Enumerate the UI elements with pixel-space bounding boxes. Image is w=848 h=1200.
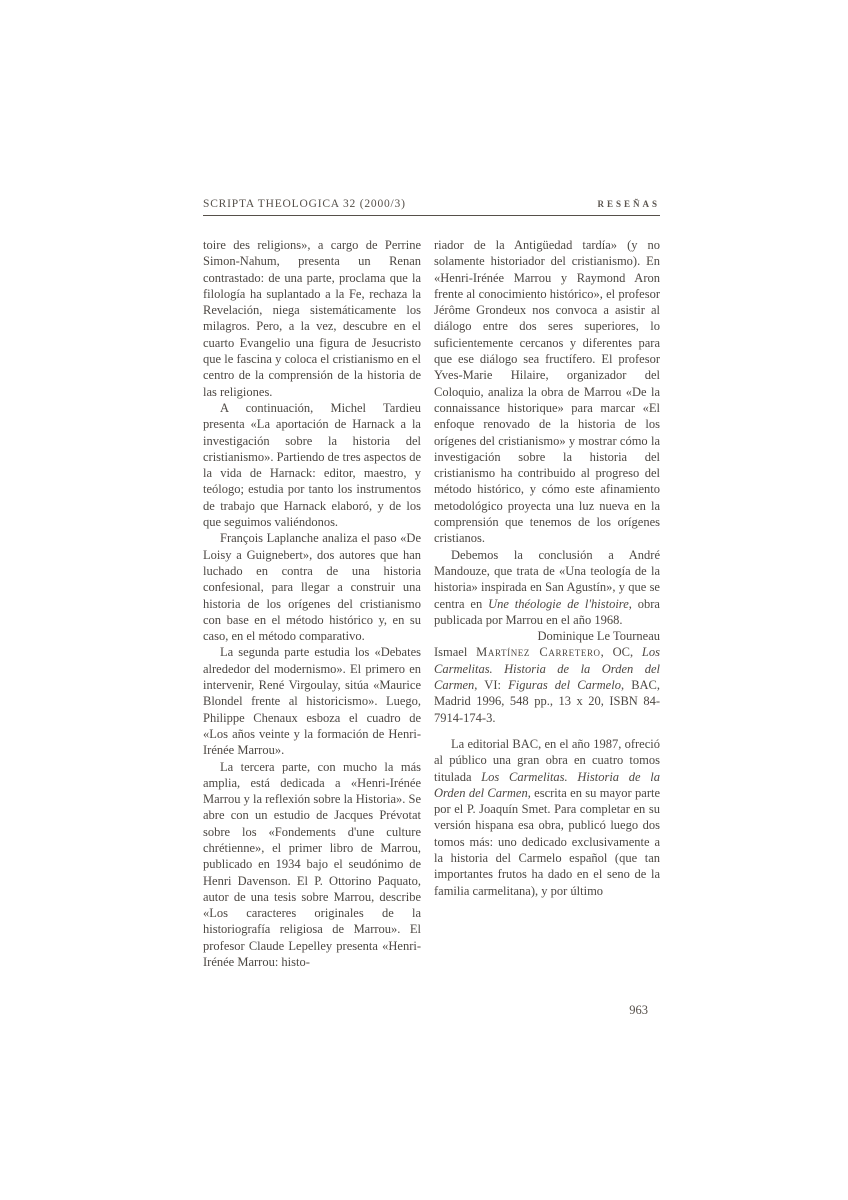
paragraph: François Laplanche analiza el paso «De L… [203, 530, 421, 644]
text-run: Dominique Le Tourneau [538, 629, 660, 643]
text-run: , VI: [474, 678, 508, 692]
text-run: A continuación, Michel Tardieu presenta … [203, 401, 421, 529]
left-column: toire des religions», a cargo de Perrine… [203, 237, 421, 970]
reviewer-signature: Dominique Le Tourneau [434, 628, 660, 644]
paragraph: La editorial BAC, en el año 1987, ofreci… [434, 736, 660, 899]
text-run: La segunda parte estudia los «Debates al… [203, 645, 421, 757]
paragraph: La segunda parte estudia los «Debates al… [203, 644, 421, 758]
book-citation: Ismael Martínez Carretero, OC, Los Carme… [434, 644, 660, 725]
paragraph: toire des religions», a cargo de Perrine… [203, 237, 421, 400]
text-run: Une théologie de l'histoire [488, 597, 629, 611]
journal-page-scan: SCRIPTA THEOLOGICA 32 (2000/3) RESEÑAS t… [0, 0, 848, 1200]
text-run: Figuras del Carmelo [508, 678, 621, 692]
paragraph: La tercera parte, con mucho la más ampli… [203, 759, 421, 971]
right-column: riador de la Antigüedad tardía» (y no so… [434, 237, 660, 970]
paragraph: Debemos la conclusión a André Mandouze, … [434, 547, 660, 628]
text-run: riador de la Antigüedad tardía» (y no so… [434, 238, 660, 545]
text-run: Ismael [434, 645, 476, 659]
paragraph: riador de la Antigüedad tardía» (y no so… [434, 237, 660, 547]
text-run: toire des religions», a cargo de Perrine… [203, 238, 421, 399]
text-run: , OC, [601, 645, 642, 659]
paragraph: A continuación, Michel Tardieu presenta … [203, 400, 421, 530]
section-label: RESEÑAS [597, 199, 660, 209]
text-run: La tercera parte, con mucho la más ampli… [203, 760, 421, 970]
text-block: SCRIPTA THEOLOGICA 32 (2000/3) RESEÑAS t… [203, 198, 660, 970]
text-run: , escrita en su mayor parte por el P. Jo… [434, 786, 660, 898]
running-head: SCRIPTA THEOLOGICA 32 (2000/3) RESEÑAS [203, 198, 660, 215]
text-run: François Laplanche analiza el paso «De L… [203, 531, 421, 643]
journal-title: SCRIPTA THEOLOGICA 32 (2000/3) [203, 198, 406, 210]
two-column-body: toire des religions», a cargo de Perrine… [203, 237, 660, 970]
page-number: 963 [629, 1003, 648, 1018]
text-run: Martínez Carretero [476, 645, 601, 659]
header-rule [203, 215, 660, 216]
